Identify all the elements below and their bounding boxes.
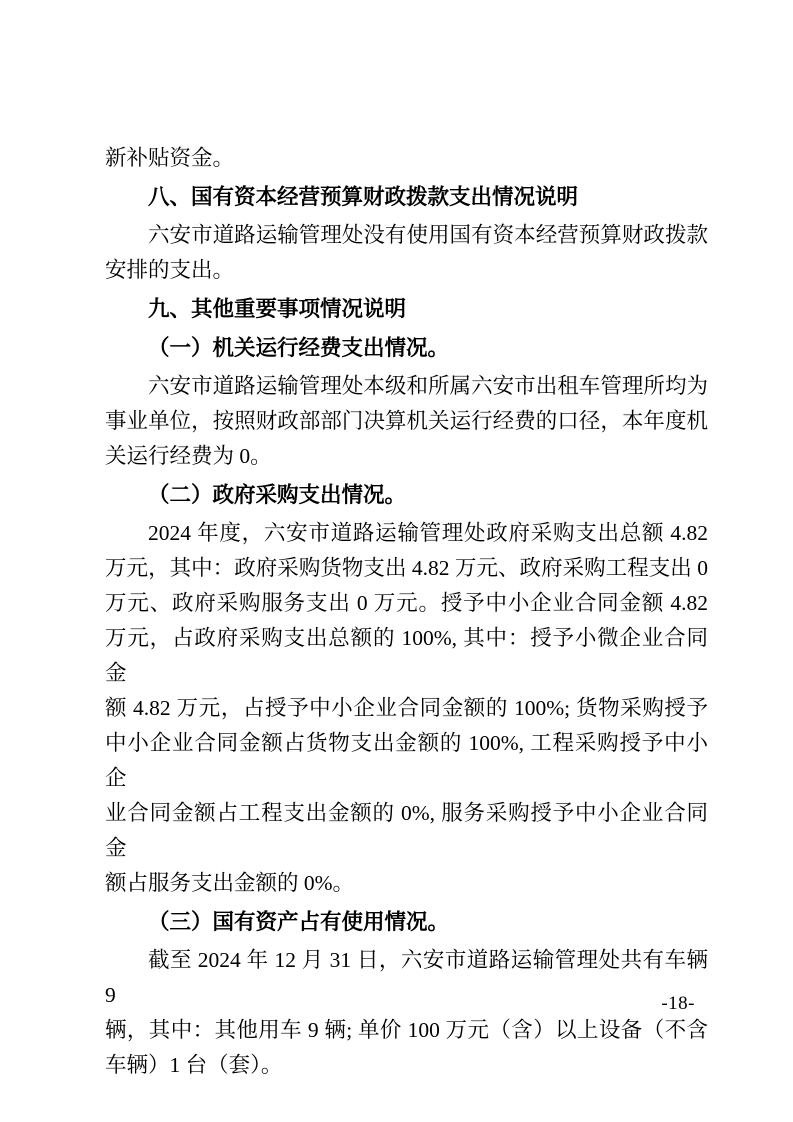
- paragraph-line: 万元，其中：政府采购货物支出 4.82 万元、政府采购工程支出 0: [105, 551, 708, 586]
- paragraph-line: 六安市道路运输管理处没有使用国有资本经营预算财政拨款: [105, 218, 708, 253]
- paragraph-line: 关运行经费为 0。: [105, 439, 708, 474]
- paragraph-line: 万元、政府采购服务支出 0 万元。授予中小企业合同金额 4.82: [105, 586, 708, 621]
- paragraph-line: 新补贴资金。: [105, 141, 708, 176]
- paragraph-line: 万元，占政府采购支出总额的 100%, 其中：授予小微企业合同金: [105, 621, 708, 691]
- section-heading: （一）机关运行经费支出情况。: [105, 331, 708, 366]
- section-heading: 九、其他重要事项情况说明: [105, 292, 708, 327]
- paragraph-line: 业合同金额占工程支出金额的 0%, 服务采购授予中小企业合同金: [105, 796, 708, 866]
- page-number: -18-: [661, 993, 695, 1015]
- section-heading: 八、国有资本经营预算财政拨款支出情况说明: [105, 180, 708, 215]
- paragraph-line: 事业单位，按照财政部部门决算机关运行经费的口径，本年度机: [105, 404, 708, 439]
- document-body: 新补贴资金。八、国有资本经营预算财政拨款支出情况说明六安市道路运输管理处没有使用…: [105, 141, 708, 1083]
- paragraph-line: 六安市道路运输管理处本级和所属六安市出租车管理所均为: [105, 369, 708, 404]
- document-page: 新补贴资金。八、国有资本经营预算财政拨款支出情况说明六安市道路运输管理处没有使用…: [0, 0, 793, 1122]
- paragraph-line: 辆，其中：其他用车 9 辆; 单价 100 万元（含）以上设备（不含: [105, 1013, 708, 1048]
- paragraph-line: 中小企业合同金额占货物支出金额的 100%, 工程采购授予中小企: [105, 726, 708, 796]
- paragraph-line: 2024 年度，六安市道路运输管理处政府采购支出总额 4.82: [105, 516, 708, 551]
- section-heading: （三）国有资产占有使用情况。: [105, 905, 708, 940]
- paragraph-line: 额 4.82 万元，占授予中小企业合同金额的 100%; 货物采购授予: [105, 691, 708, 726]
- paragraph-line: 安排的支出。: [105, 253, 708, 288]
- paragraph-line: 车辆）1 台（套）。: [105, 1048, 708, 1083]
- paragraph-line: 额占服务支出金额的 0%。: [105, 866, 708, 901]
- section-heading: （二）政府采购支出情况。: [105, 478, 708, 513]
- paragraph-line: 截至 2024 年 12 月 31 日，六安市道路运输管理处共有车辆 9: [105, 943, 708, 1013]
